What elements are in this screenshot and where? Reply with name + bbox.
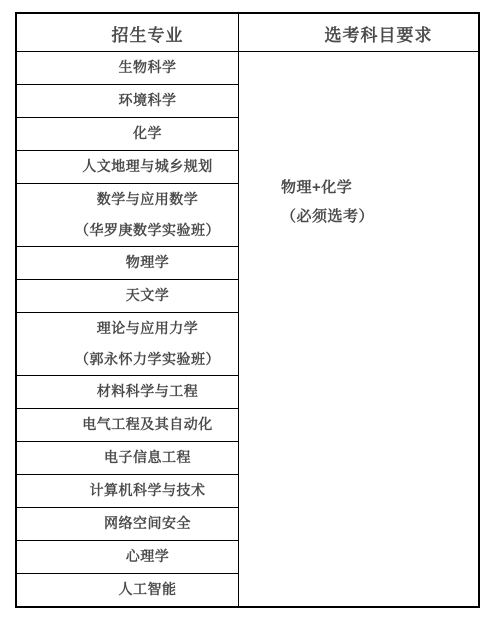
table-row-astronomy: 天文学 (17, 280, 238, 313)
table-row-physics: 物理学 (17, 247, 238, 280)
major-label: 电气工程及其自动化 (57, 414, 238, 434)
page: 招生专业 选考科目要求 生物科学 环境科学 化学 人文地理与城乡规划 数学与应用… (0, 0, 503, 625)
major-label: 生物科学 (57, 57, 238, 77)
major-label: 数学与应用数学 (57, 189, 238, 209)
admissions-subject-table: 招生专业 选考科目要求 生物科学 环境科学 化学 人文地理与城乡规划 数学与应用… (15, 12, 480, 608)
major-label: 材料科学与工程 (57, 381, 238, 401)
table-row-electrical-engineering: 电气工程及其自动化 (17, 409, 238, 442)
table-row-artificial-intelligence: 人工智能 (17, 574, 238, 606)
table-row-mathematics: 数学与应用数学 （华罗庚数学实验班） (17, 184, 238, 247)
table-row-electronic-information: 电子信息工程 (17, 442, 238, 475)
table-row-psychology: 心理学 (17, 541, 238, 574)
table-row-human-geography: 人文地理与城乡规划 (17, 151, 238, 184)
major-label: 化学 (57, 123, 238, 143)
table-row-biological-science: 生物科学 (17, 52, 238, 85)
requirement-line-subjects: 物理+化学 (281, 178, 374, 198)
table-row-materials-science: 材料科学与工程 (17, 376, 238, 409)
major-label: 网络空间安全 (57, 513, 238, 533)
column-header-subject-requirement: 选考科目要求 (239, 14, 478, 51)
major-label: 计算机科学与技术 (57, 480, 238, 500)
table-row-cyberspace-security: 网络空间安全 (17, 508, 238, 541)
table-row-computer-science: 计算机科学与技术 (17, 475, 238, 508)
major-sublabel: （华罗庚数学实验班） (57, 220, 238, 240)
major-label: 天文学 (57, 285, 238, 305)
major-column: 生物科学 环境科学 化学 人文地理与城乡规划 数学与应用数学 （华罗庚数学实验班… (17, 52, 239, 606)
table-body: 生物科学 环境科学 化学 人文地理与城乡规划 数学与应用数学 （华罗庚数学实验班… (17, 52, 478, 606)
requirement-line-mandatory: （必须选考） (281, 207, 374, 227)
major-label: 人工智能 (57, 579, 238, 599)
table-row-environmental-science: 环境科学 (17, 85, 238, 118)
major-label: 电子信息工程 (57, 447, 238, 467)
table-row-chemistry: 化学 (17, 118, 238, 151)
major-label: 理论与应用力学 (57, 318, 238, 338)
subject-requirement-text: 物理+化学 （必须选考） (281, 178, 374, 227)
major-label: 心理学 (57, 546, 238, 566)
column-header-major: 招生专业 (17, 14, 239, 51)
major-label: 物理学 (57, 252, 238, 272)
major-label: 环境科学 (57, 90, 238, 110)
subject-requirement-cell: 物理+化学 （必须选考） (239, 52, 478, 606)
major-sublabel: （郭永怀力学实验班） (57, 349, 238, 369)
major-label: 人文地理与城乡规划 (57, 156, 238, 176)
table-row-mechanics: 理论与应用力学 （郭永怀力学实验班） (17, 313, 238, 376)
table-header-row: 招生专业 选考科目要求 (17, 14, 478, 52)
